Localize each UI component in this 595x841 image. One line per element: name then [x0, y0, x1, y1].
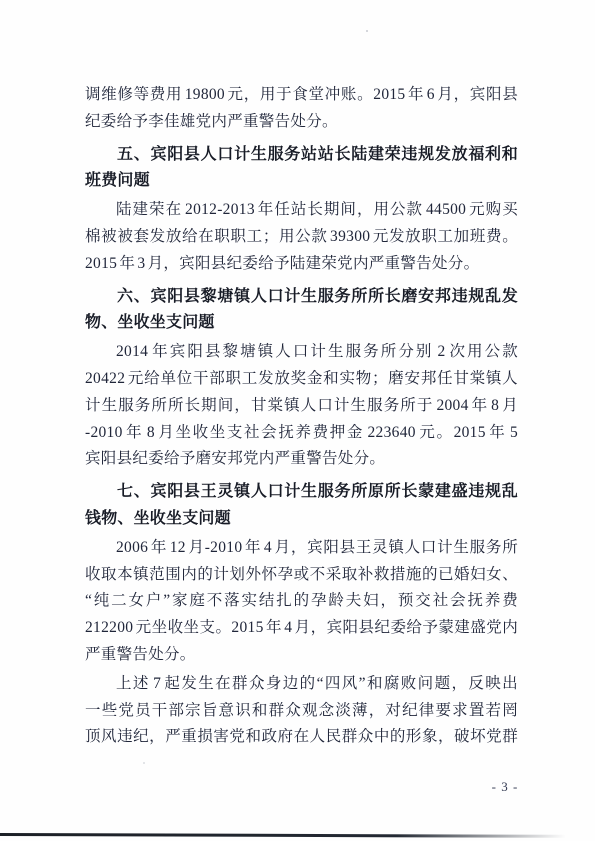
heading-line: 六、宾阳县黎塘镇人口计生服务所所长磨安邦违规乱发钱	[85, 284, 518, 311]
document-page: 调维修等费用 19800 元，用于食堂冲账。2015 年 6 月，宾阳县 纪委给…	[0, 0, 595, 841]
heading-line: 五、宾阳县人口计生服务站站长陆建荣违规发放福利和加	[85, 142, 518, 169]
scan-speck	[143, 762, 145, 764]
page-number: - 3 -	[460, 779, 550, 795]
text-line: 严重警告处分。	[85, 642, 518, 669]
heading-line: 钱物、坐收坐支问题	[85, 506, 518, 533]
text-line: 一些党员干部宗旨意识和群众观念淡薄，对纪律要求置若罔闻，	[85, 698, 518, 725]
text-line: 宾阳县纪委给予磨安邦党内严重警告处分。	[85, 446, 518, 473]
text-line: 棉被被套发放给在职职工；用公款 39300 元发放职工加班费。	[85, 224, 518, 251]
heading-line: 班费问题	[85, 168, 518, 195]
text-line: -2010 年 8 月坐收坐支社会抚养费押金 223640 元。2015 年 5…	[85, 420, 518, 447]
heading-section-5: 五、宾阳县人口计生服务站站长陆建荣违规发放福利和加 班费问题	[85, 142, 518, 196]
paragraph-section-7: 2006 年 12 月-2010 年 4 月，宾阳县王灵镇人口计生服务所 收取本…	[85, 535, 518, 669]
text-line: 陆建荣在 2012-2013 年任站长期间，用公款 44500 元购买	[85, 197, 518, 224]
text-line: 调维修等费用 19800 元，用于食堂冲账。2015 年 6 月，宾阳县	[85, 82, 518, 109]
scan-edge-line	[0, 833, 566, 838]
text-line: 上述 7 起发生在群众身边的“四风”和腐败问题，反映出	[85, 671, 518, 698]
text-line: 计生服务所所长期间，甘棠镇人口计生服务所于 2004 年 8 月	[85, 393, 518, 420]
heading-line: 物、坐收坐支问题	[85, 310, 518, 337]
text-line: 20422 元给单位干部职工发放奖金和实物；磨安邦任甘棠镇人口	[85, 366, 518, 393]
text-line: 212200 元坐收坐支。2015 年 4 月，宾阳县纪委给予蒙建盛党内	[85, 615, 518, 642]
text-line: 2014 年宾阳县黎塘镇人口计生服务所分别 2 次用公款	[85, 339, 518, 366]
heading-section-6: 六、宾阳县黎塘镇人口计生服务所所长磨安邦违规乱发钱 物、坐收坐支问题	[85, 284, 518, 338]
heading-section-7: 七、宾阳县王灵镇人口计生服务所原所长蒙建盛违规乱发 钱物、坐收坐支问题	[85, 479, 518, 533]
continuation-paragraph: 调维修等费用 19800 元，用于食堂冲账。2015 年 6 月，宾阳县 纪委给…	[85, 82, 518, 136]
text-line: 2006 年 12 月-2010 年 4 月，宾阳县王灵镇人口计生服务所	[85, 535, 518, 562]
text-line: “纯二女户”家庭不落实结扎的孕龄夫妇，预交社会抚养费	[85, 588, 518, 615]
paragraph-section-6: 2014 年宾阳县黎塘镇人口计生服务所分别 2 次用公款 20422 元给单位干…	[85, 339, 518, 473]
document-body: 调维修等费用 19800 元，用于食堂冲账。2015 年 6 月，宾阳县 纪委给…	[85, 82, 518, 751]
text-line: 2015 年 3 月，宾阳县纪委给予陆建荣党内严重警告处分。	[85, 251, 518, 278]
paragraph-section-5: 陆建荣在 2012-2013 年任站长期间，用公款 44500 元购买 棉被被套…	[85, 197, 518, 277]
scan-speck	[366, 30, 368, 32]
text-line: 顶风违纪，严重损害党和政府在人民群众中的形象，破坏党群	[85, 724, 518, 751]
text-line: 纪委给予李佳雄党内严重警告处分。	[85, 109, 518, 136]
text-line: 收取本镇范围内的计划外怀孕或不采取补救措施的已婚妇女、	[85, 562, 518, 589]
closing-paragraph: 上述 7 起发生在群众身边的“四风”和腐败问题，反映出 一些党员干部宗旨意识和群…	[85, 671, 518, 751]
heading-line: 七、宾阳县王灵镇人口计生服务所原所长蒙建盛违规乱发	[85, 479, 518, 506]
